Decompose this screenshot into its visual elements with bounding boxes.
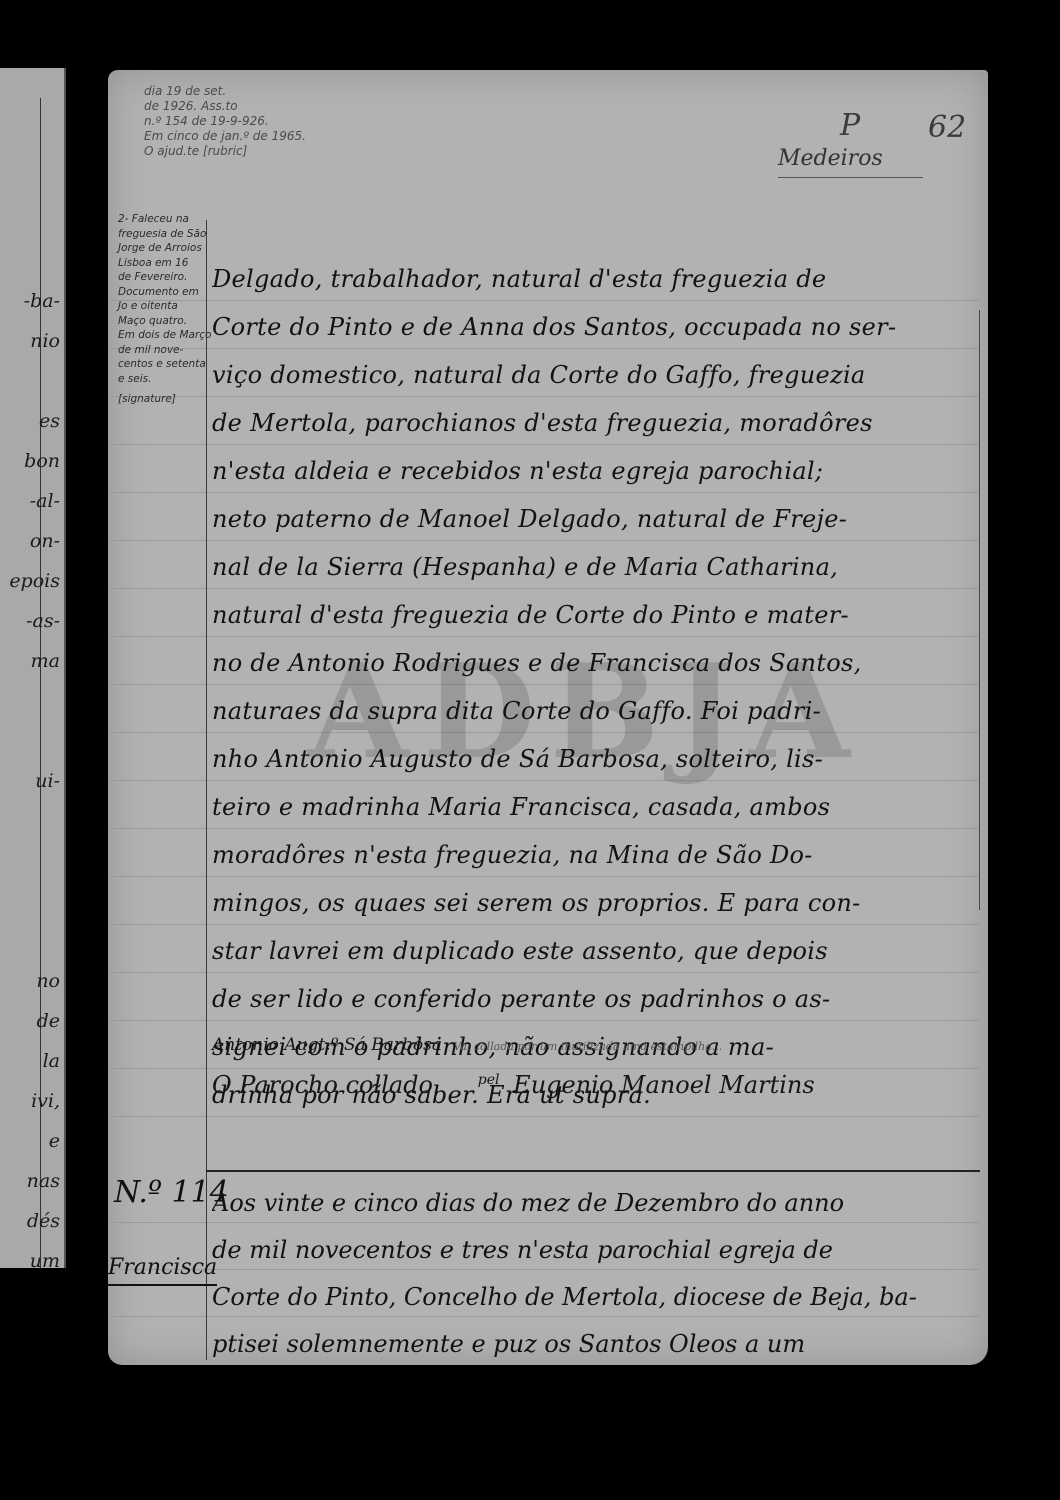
text-line: nal de la Sierra (Hespanha) e de Maria C… <box>212 543 982 591</box>
left-page-fragment: la <box>0 1050 64 1072</box>
register-page: ADBJA dia 19 de set. de 1926. Ass.to n.º… <box>108 70 988 1365</box>
left-page-fragment: -al- <box>0 490 64 512</box>
left-page-fragment: bon <box>0 450 64 472</box>
priest-title: O Parocho collado. <box>212 1071 440 1099</box>
text-line: neto paterno de Manoel Delgado, natural … <box>212 495 982 543</box>
adjacent-left-page: -ba- nio es bon -al- on- epois -as- ma u… <box>0 68 66 1268</box>
text-line: natural d'esta freguezia de Corte do Pin… <box>212 591 982 639</box>
left-page-fragment: um <box>0 1250 64 1272</box>
note-line: Em cinco de jan.º de 1965. <box>144 129 354 144</box>
text-line: ptisei solemnemente e puz os Santos Oleo… <box>212 1321 982 1368</box>
note-line: Jorge de Arroios <box>118 241 258 256</box>
text-line: mingos, os quaes sei serem os proprios. … <box>212 879 982 927</box>
text-line: naturaes da supra dita Corte do Gaffo. F… <box>212 687 982 735</box>
text-line: n'esta aldeia e recebidos n'esta egreja … <box>212 447 982 495</box>
note-line: 2- Faleceu na <box>118 212 258 227</box>
entry-114-text: Aos vinte e cinco dias do mez de Dezembr… <box>212 1180 982 1368</box>
top-signature: Medeiros <box>778 146 923 178</box>
text-line: de ser lido e conferido perante os padri… <box>212 975 982 1023</box>
text-line: viço domestico, natural da Corte do Gaff… <box>212 351 982 399</box>
left-page-fragment: ivi, <box>0 1090 64 1112</box>
left-page-fragment: es <box>0 410 64 432</box>
priest-signature: Eugenio Manoel Martins <box>513 1071 815 1099</box>
text-line: Delgado, trabalhador, natural d'esta fre… <box>212 255 982 303</box>
text-line: teiro e madrinha Maria Francisca, casada… <box>212 783 982 831</box>
left-page-fragment: no <box>0 970 64 992</box>
note-line: O ajud.te [rubric] <box>144 144 354 159</box>
left-page-fragment: on- <box>0 530 64 552</box>
godfather-signature: Antonio Augt.º Sá Barbosa <box>212 1035 442 1055</box>
stamp-annotation: Vai collada por um inutilizada uma estam… <box>453 1040 722 1053</box>
note-line: dia 19 de set. <box>144 84 354 99</box>
text-line: star lavrei em duplicado este assento, q… <box>212 927 982 975</box>
godfather-signature-line: Antonio Augt.º Sá Barbosa Vai collada po… <box>212 1035 982 1071</box>
left-page-fragment: ma <box>0 650 64 672</box>
left-page-fragment: de <box>0 1010 64 1032</box>
left-page-fragment: dés <box>0 1210 64 1232</box>
left-page-fragment: ui- <box>0 770 64 792</box>
text-line: no de Antonio Rodrigues e de Francisca d… <box>212 639 982 687</box>
priest-signature-line: O Parocho collado. pel Eugenio Manoel Ma… <box>212 1071 982 1115</box>
note-line: freguesia de São <box>118 227 258 242</box>
text-line: moradôres n'esta freguezia, na Mina de S… <box>212 831 982 879</box>
note-line: de 1926. Ass.to <box>144 99 354 114</box>
page-ref-mark: P <box>840 108 860 143</box>
left-page-fragment: epois <box>0 570 64 592</box>
entry-baptized-name: Francisca <box>108 1255 217 1286</box>
left-page-fragment: e <box>0 1130 64 1152</box>
margin-note-top: dia 19 de set. de 1926. Ass.to n.º 154 d… <box>144 84 354 159</box>
entry-divider <box>206 1170 980 1172</box>
left-page-fragment: nas <box>0 1170 64 1192</box>
text-line: Aos vinte e cinco dias do mez de Dezembr… <box>212 1180 982 1227</box>
text-line: Corte do Pinto e de Anna dos Santos, occ… <box>212 303 982 351</box>
text-line: nho Antonio Augusto de Sá Barbosa, solte… <box>212 735 982 783</box>
text-line: Corte do Pinto, Concelho de Mertola, dio… <box>212 1274 982 1321</box>
left-page-fragment: nio <box>0 330 64 352</box>
priest-pel: pel <box>478 1072 500 1088</box>
left-page-fragment: -as- <box>0 610 64 632</box>
entry-113-text: Delgado, trabalhador, natural d'esta fre… <box>212 255 982 1119</box>
page-number: 62 <box>928 110 966 145</box>
signatures-block: Antonio Augt.º Sá Barbosa Vai collada po… <box>212 1035 982 1115</box>
note-line: n.º 154 de 19-9-926. <box>144 114 354 129</box>
left-page-fragment: -ba- <box>0 290 64 312</box>
text-line: de mil novecentos e tres n'esta parochia… <box>212 1227 982 1274</box>
text-line: de Mertola, parochianos d'esta freguezia… <box>212 399 982 447</box>
